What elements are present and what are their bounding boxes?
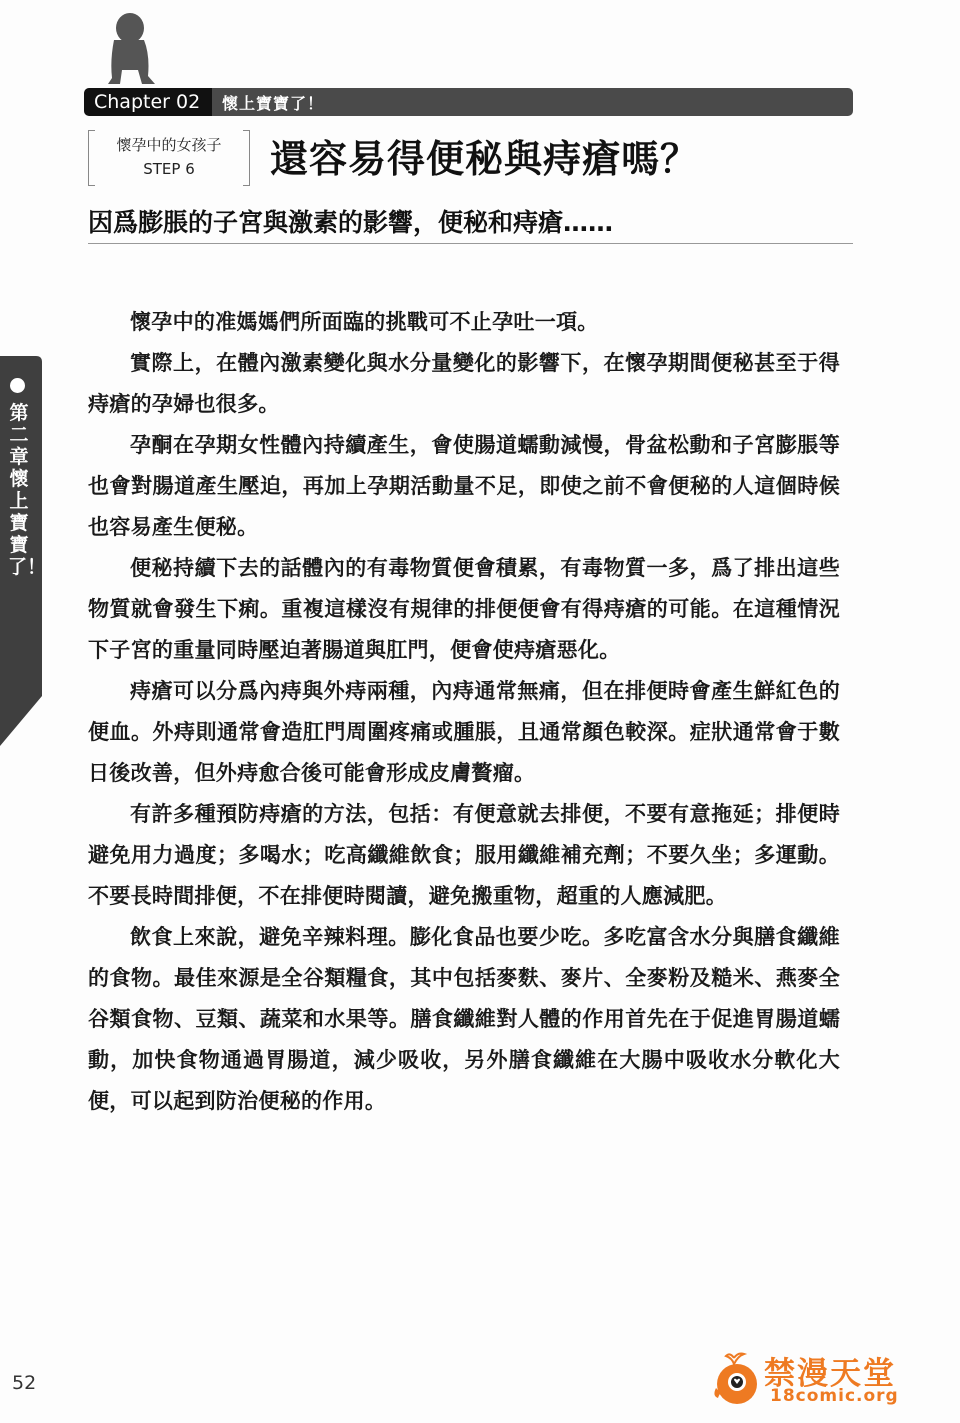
chapter-side-tab: 第二章 懷上寶寶了！ [0, 356, 42, 746]
paragraph: 便秘持續下去的話體內的有毒物質便會積累，有毒物質一多，爲了排出這些物質就會發生下… [88, 548, 840, 671]
article-body: 懷孕中的准媽媽們所面臨的挑戰可不止孕吐一項。 實際上，在體內激素變化與水分量變化… [88, 302, 840, 1122]
paragraph: 懷孕中的准媽媽們所面臨的挑戰可不止孕吐一項。 [88, 302, 840, 343]
paragraph: 孕酮在孕期女性體內持續產生，會使腸道蠕動減慢，骨盆松動和子宮膨脹等也會對腸道產生… [88, 425, 840, 548]
side-tab-label: 第二章 懷上寶寶了！ [8, 402, 30, 578]
paragraph: 痔瘡可以分爲內痔與外痔兩種，內痔通常無痛，但在排便時會產生鮮紅色的便血。外痔則通… [88, 671, 840, 794]
page-subtitle: 因爲膨脹的子宮與激素的影響，便秘和痔瘡…… [88, 203, 613, 239]
paragraph: 實際上，在體內激素變化與水分量變化的影響下，在懷孕期間便秘甚至于得痔瘡的孕婦也很… [88, 343, 840, 425]
chapter-label: Chapter 02 [84, 88, 212, 116]
crawling-baby-silhouette-icon [100, 10, 160, 85]
page-number: 52 [12, 1372, 36, 1394]
bracket-left [88, 130, 95, 186]
bracket-right [243, 130, 250, 186]
step-number: STEP 6 [88, 157, 250, 181]
chapter-header-bar: Chapter 02 懷上寶寶了！ [84, 88, 853, 116]
bullet-dot-icon [10, 378, 25, 393]
step-box: 懷孕中的女孩子 STEP 6 [88, 130, 250, 184]
watermark-logo: 禁漫天堂 18comic.org [712, 1348, 922, 1412]
paragraph: 有許多種預防痔瘡的方法，包括：有便意就去排便，不要有意拖延；排便時避免用力過度；… [88, 794, 840, 917]
paragraph: 飲食上來說，避免辛辣料理。膨化食品也要少吃。多吃富含水分與膳食纖維的食物。最佳來… [88, 917, 840, 1122]
mascot-icon [712, 1352, 762, 1408]
chapter-title: 懷上寶寶了！ [222, 91, 324, 114]
divider [88, 243, 853, 244]
watermark-url: 18comic.org [770, 1386, 899, 1406]
page-title: 還容易得便秘與痔瘡嗎？ [270, 128, 699, 183]
step-category: 懷孕中的女孩子 [88, 133, 250, 157]
